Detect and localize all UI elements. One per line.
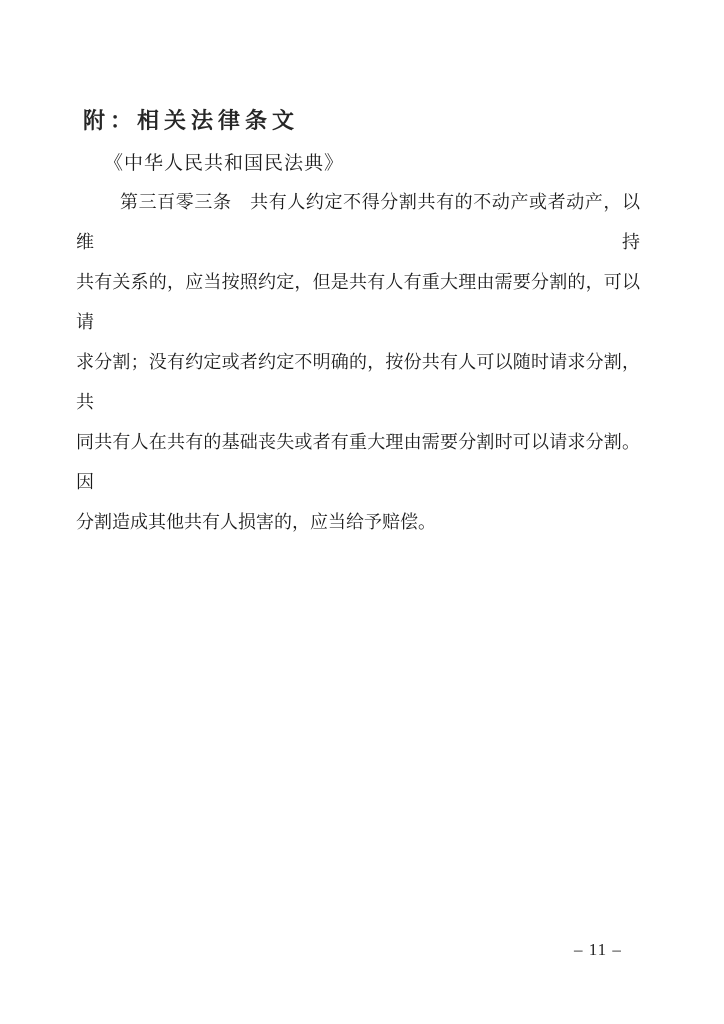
article-line: 同共有人在共有的基础丧失或者有重大理由需要分割时可以请求分割。因: [76, 422, 640, 502]
article-line: 第三百零三条 共有人约定不得分割共有的不动产或者动产，以维持: [76, 182, 640, 262]
article-line: 共有关系的，应当按照约定，但是共有人有重大理由需要分割的，可以请: [76, 262, 640, 342]
article-line: 分割造成其他共有人损害的，应当给予赔偿。: [76, 502, 640, 542]
law-title: 《中华人民共和国民法典》: [104, 151, 344, 177]
section-heading: 附：相关法律条文: [83, 108, 299, 134]
page-number: – 11 –: [574, 940, 622, 960]
article-line: 求分割；没有约定或者约定不明确的，按份共有人可以随时请求分割，共: [76, 342, 640, 422]
document-page: 附：相关法律条文 《中华人民共和国民法典》 第三百零三条 共有人约定不得分割共有…: [0, 0, 724, 1024]
article-paragraph: 第三百零三条 共有人约定不得分割共有的不动产或者动产，以维持 共有关系的，应当按…: [76, 182, 640, 542]
